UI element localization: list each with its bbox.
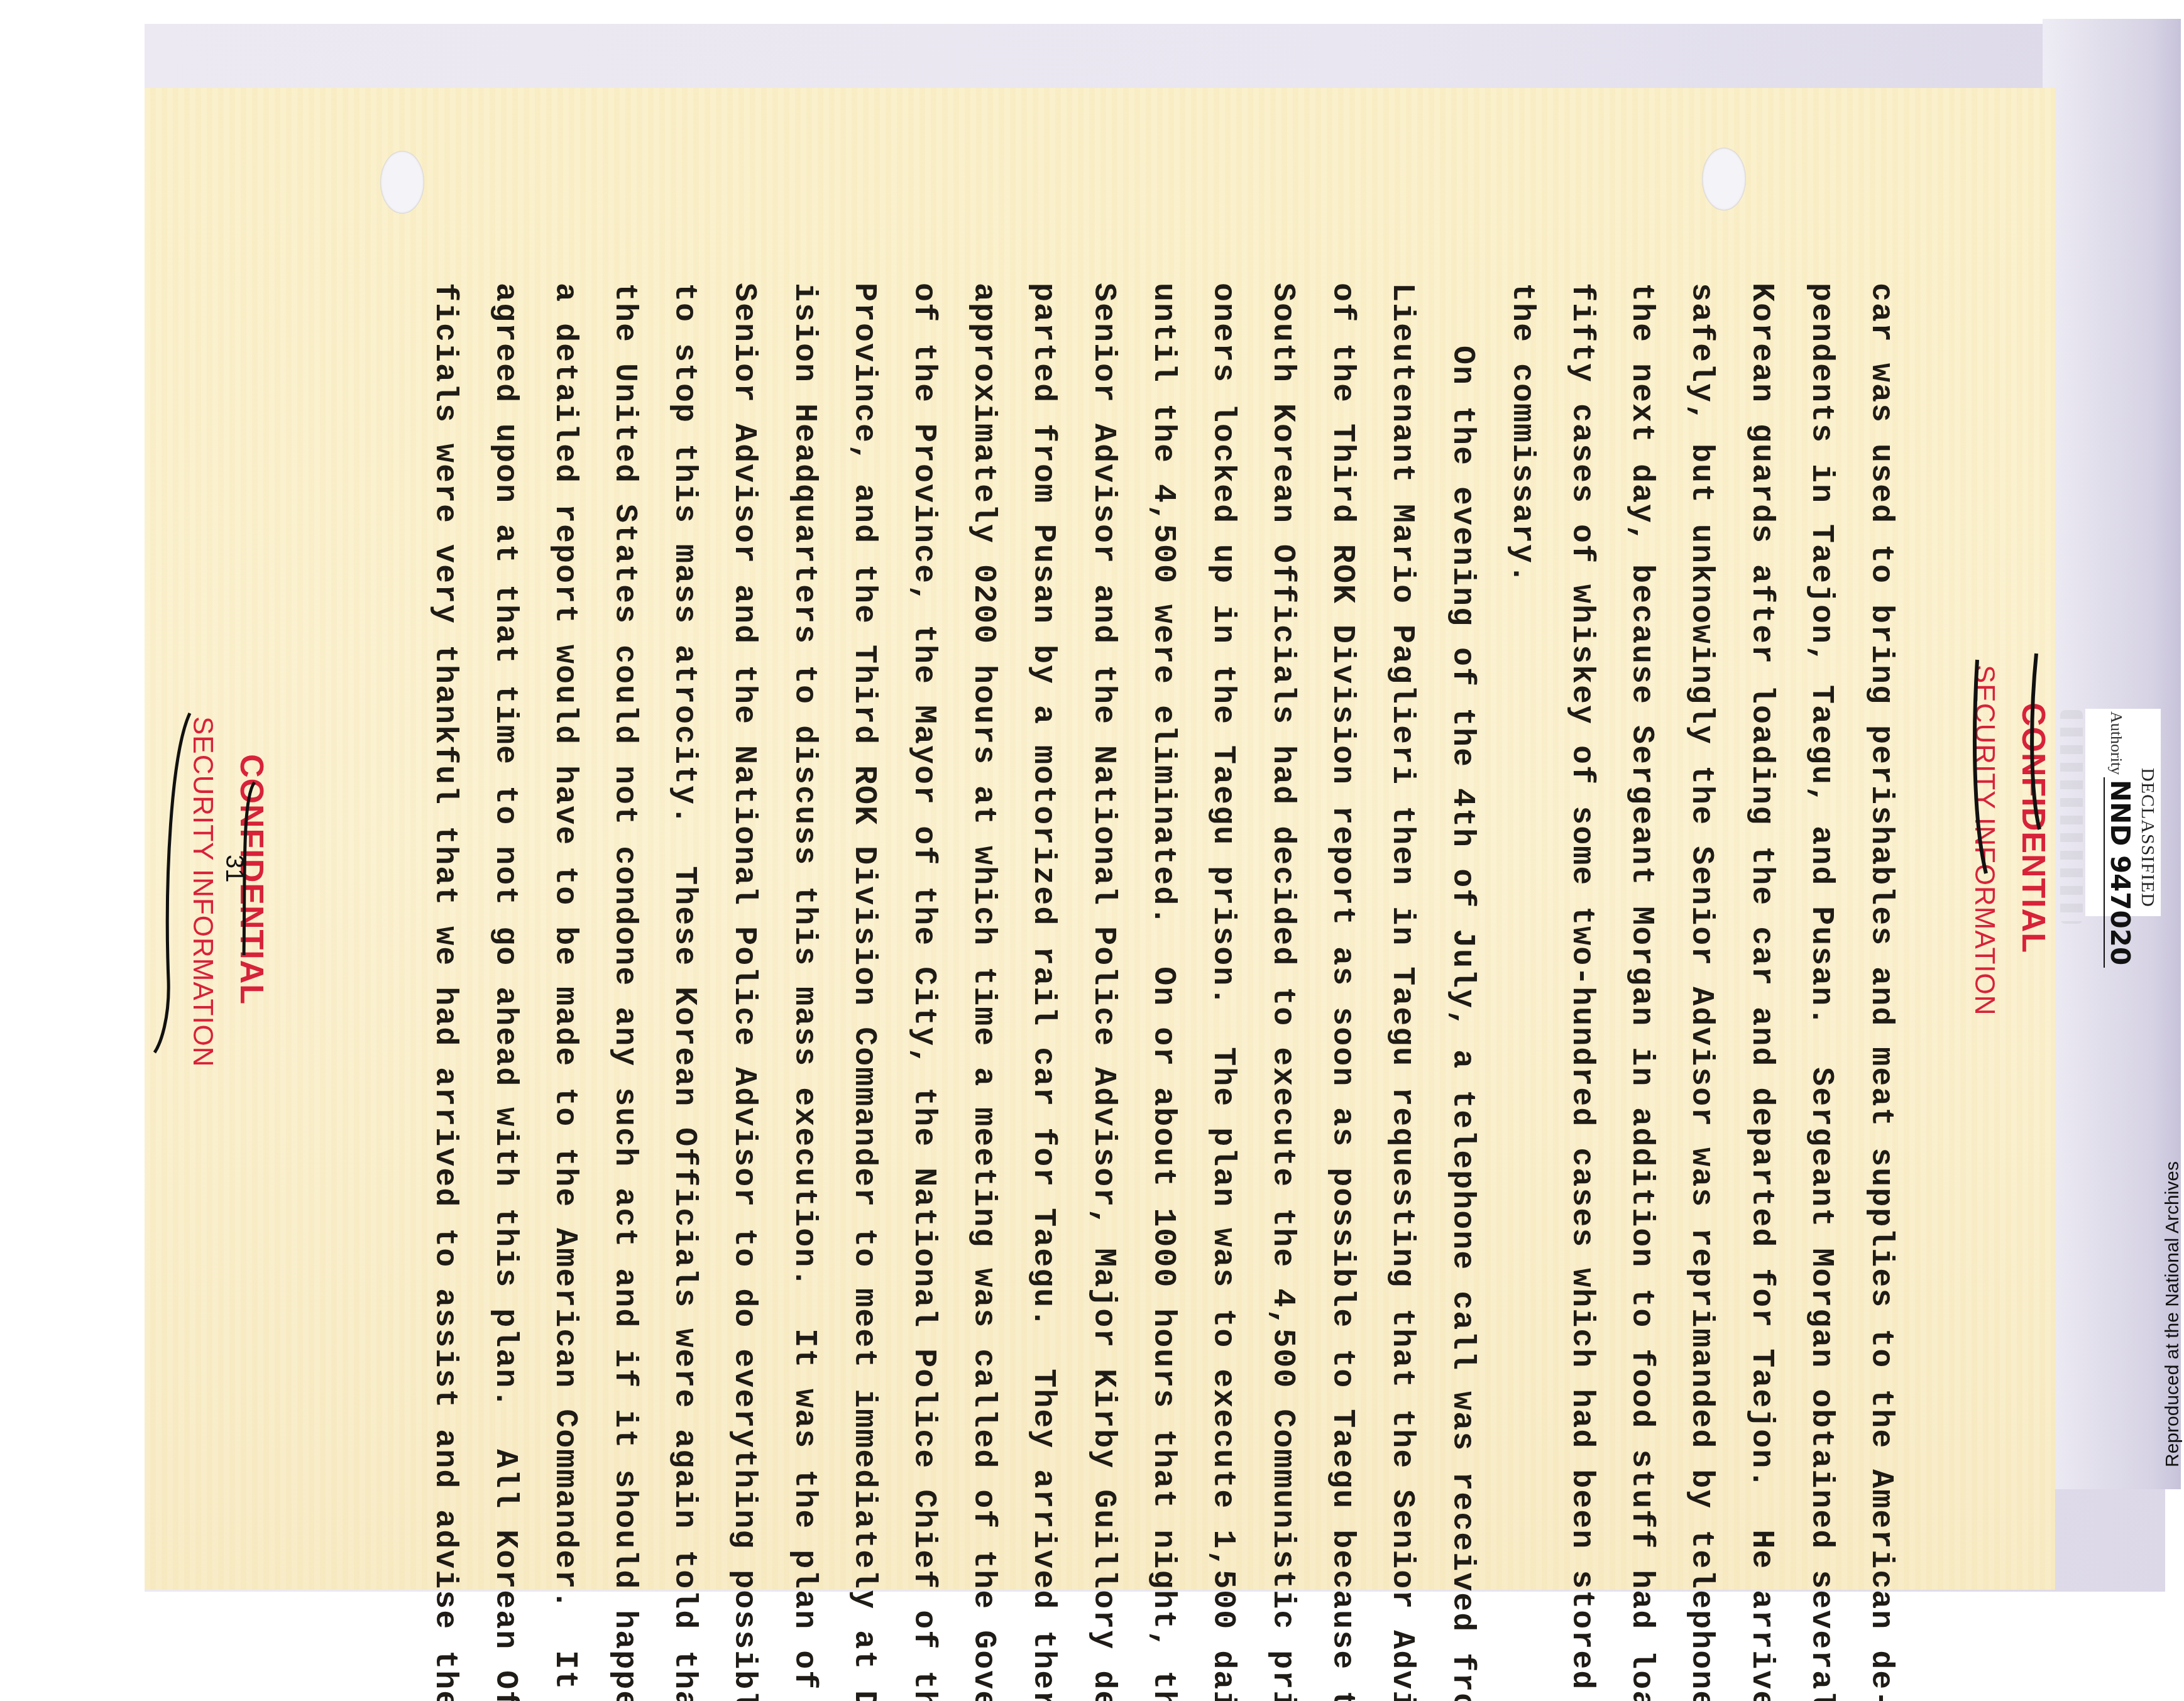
- declassified-title: DECLASSIFIED: [2136, 711, 2159, 919]
- pencil-notation: [2060, 710, 2083, 924]
- declassification-label: DECLASSIFIED Authority NND 947020: [2085, 709, 2161, 916]
- stamp-strikethrough-bottom: [0, 0, 2184, 1701]
- national-archives-label: Reproduced at the National Archives: [2162, 1161, 2183, 1467]
- page-number: 31: [220, 855, 248, 883]
- authority-value: NND 947020: [2104, 777, 2136, 968]
- authority-label: Authority: [2107, 711, 2126, 775]
